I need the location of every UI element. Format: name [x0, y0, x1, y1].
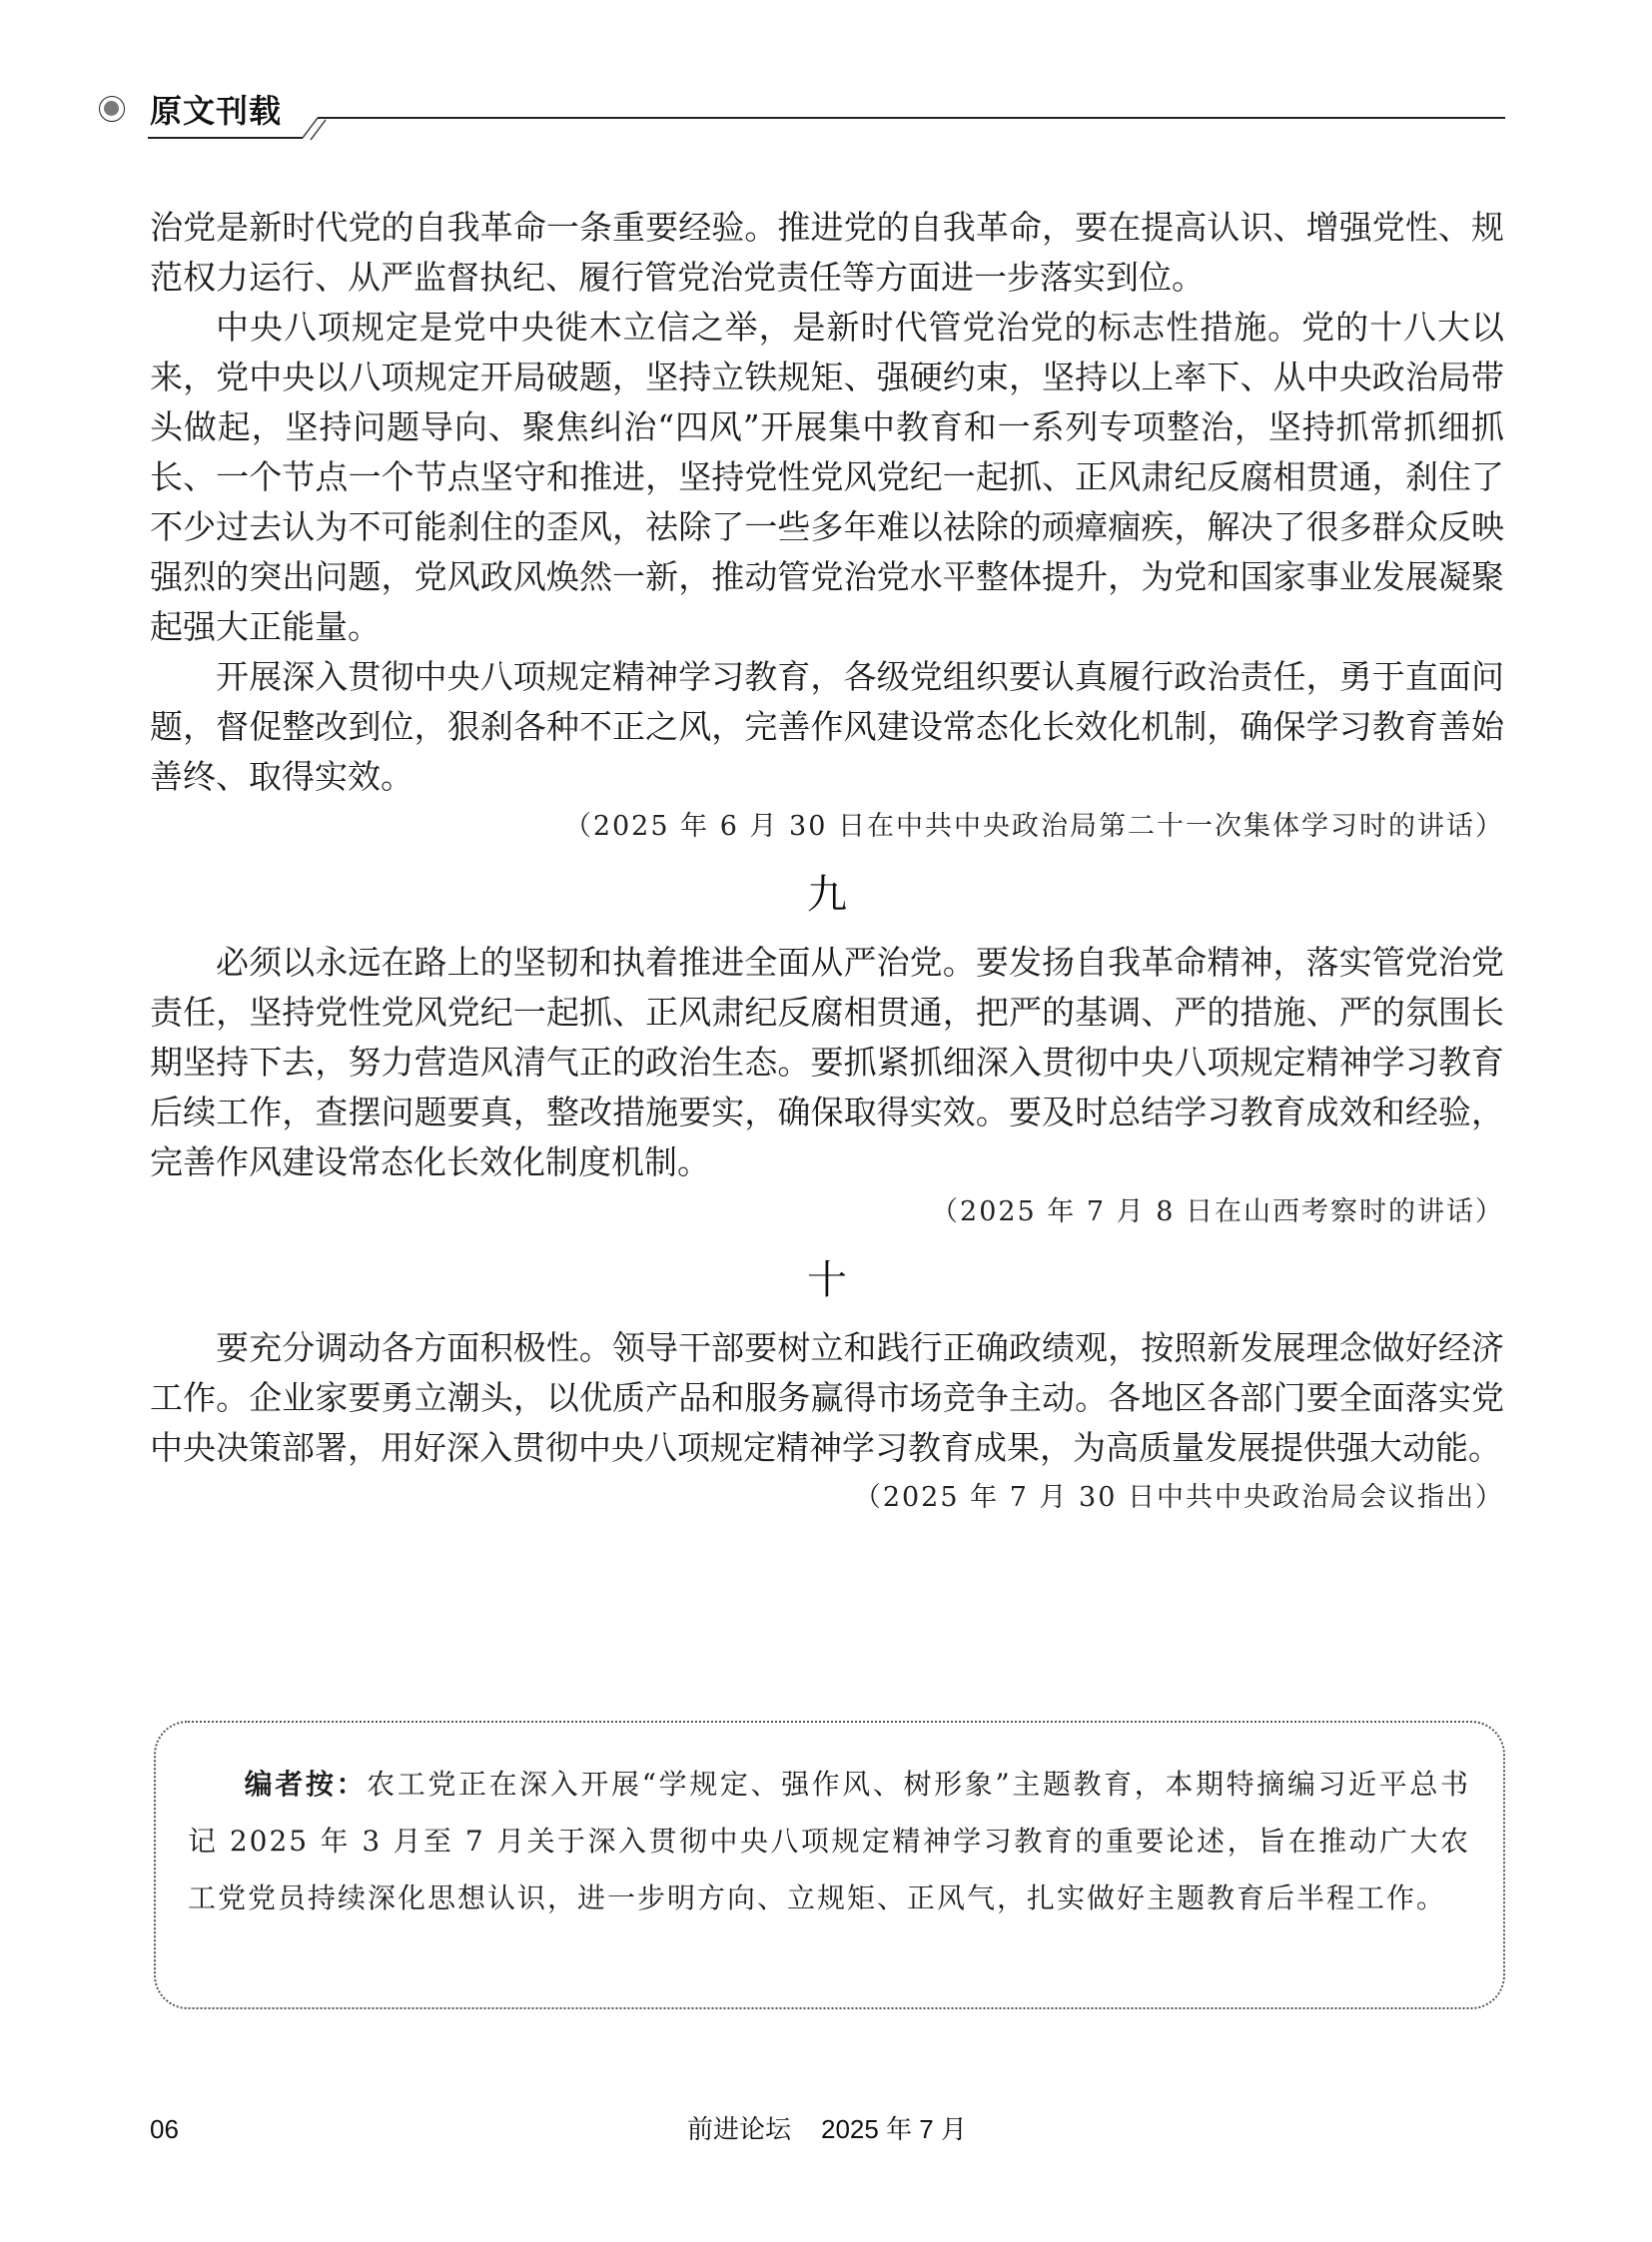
paragraph: 必须以永远在路上的坚韧和执着推进全面从严治党。要发扬自我革命精神，落实管党治党责… — [150, 938, 1504, 1187]
paragraph: 中央八项规定是党中央徙木立信之举，是新时代管党治党的标志性措施。党的十八大以来，… — [150, 303, 1504, 652]
editor-note: 编者按：农工党正在深入开展“学规定、强作风、树形象”主题教育，本期特摘编习近平总… — [188, 1756, 1470, 1926]
page-number: 06 — [150, 2113, 179, 2145]
paragraph: 治党是新时代党的自我革命一条重要经验。推进党的自我革命，要在提高认识、增强党性、… — [150, 203, 1504, 303]
section-heading-ten: 十 — [150, 1237, 1504, 1323]
paragraph: 开展深入贯彻中央八项规定精神学习教育，各级党组织要认真履行政治责任，勇于直面问题… — [150, 652, 1504, 802]
section-heading-nine: 九 — [150, 852, 1504, 938]
citation: （2025 年 6 月 30 日在中共中央政治局第二十一次集体学习时的讲话） — [150, 802, 1504, 852]
publication-name: 前进论坛 — [687, 2113, 791, 2145]
issue-date: 2025 年 7 月 — [821, 2113, 967, 2145]
header-rule — [0, 0, 1652, 160]
citation: （2025 年 7 月 30 日中共中央政治局会议指出） — [150, 1473, 1504, 1523]
editor-note-text: 农工党正在深入开展“学规定、强作风、树形象”主题教育，本期特摘编习近平总书记 2… — [188, 1768, 1470, 1914]
article-body: 治党是新时代党的自我革命一条重要经验。推进党的自我革命，要在提高认识、增强党性、… — [150, 203, 1504, 1523]
paragraph: 要充分调动各方面积极性。领导干部要树立和践行正确政绩观，按照新发展理念做好经济工… — [150, 1323, 1504, 1473]
editor-note-label: 编者按： — [244, 1768, 367, 1801]
citation: （2025 年 7 月 8 日在山西考察时的讲话） — [150, 1187, 1504, 1237]
